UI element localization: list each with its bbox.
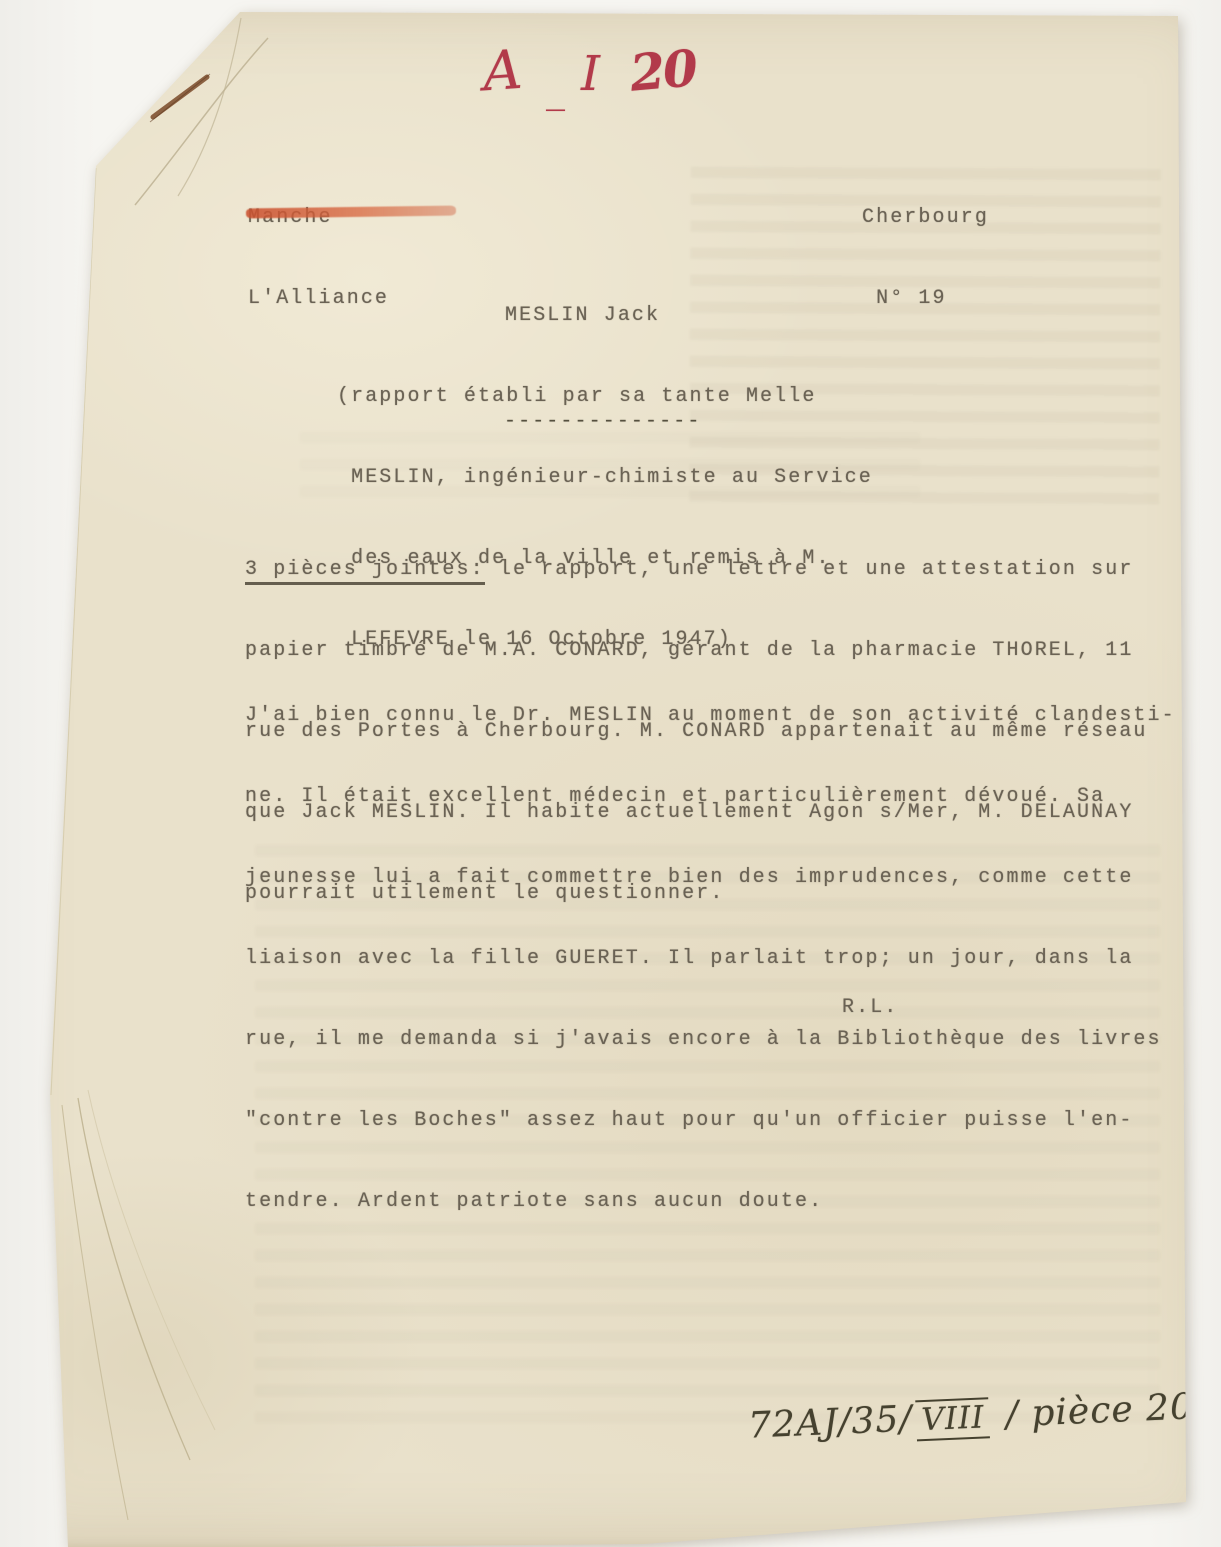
paper-shadow: A _ I 20 Vu Manche L'Alliance Cherbourg … (0, 0, 1221, 1547)
classification-letter: A (481, 43, 524, 100)
header-right-city: Cherbourg (862, 204, 989, 231)
header-right-number: N° 19 (862, 285, 989, 312)
title-line: (rapport établi par sa tante Melle (337, 383, 873, 410)
paragraph-line: "contre les Boches" assez haut pour qu'u… (245, 1107, 1176, 1134)
paragraph-line-rest: le rapport, une lettre et une attestatio… (485, 558, 1134, 581)
dashed-separator: -------------- (504, 408, 701, 435)
viewed-annotation: Vu (42, 170, 94, 218)
archive-reference-prefix: 72AJ/35/ (747, 1399, 913, 1447)
signature-initials: R.L. (842, 994, 898, 1021)
paper-sheet: A _ I 20 Vu Manche L'Alliance Cherbourg … (0, 0, 1221, 1547)
header-right: Cherbourg N° 19 (862, 150, 989, 366)
paragraph-line: tendre. Ardent patriote sans aucun doute… (245, 1188, 1176, 1215)
archive-reference-roman: VIII (916, 1397, 991, 1441)
paragraph-line: rue, il me demanda si j'avais encore à l… (245, 1026, 1176, 1053)
paragraph-line: 3 pièces jointes: le rapport, une lettre… (245, 556, 1148, 583)
classification-mark: A _ I 20 (483, 44, 696, 98)
title-line: MESLIN, ingénieur-chimiste au Service (337, 464, 873, 491)
paragraph-line: ne. Il était excellent médecin et partic… (245, 783, 1176, 810)
classification-number: 20 (628, 43, 698, 99)
paragraph-line: jeunesse lui a fait commettre bien des i… (245, 864, 1176, 891)
archive-reference-suffix: / pièce 20 (993, 1386, 1195, 1436)
paragraph-line: liaison avec la fille GUERET. Il parlait… (245, 945, 1176, 972)
red-crayon-underline (246, 206, 456, 219)
classification-dash: _ (546, 70, 565, 108)
underlined-lead: 3 pièces jointes: (245, 558, 485, 585)
classification-roman: I (581, 50, 600, 98)
paragraph-testimony: J'ai bien connu le Dr. MESLIN au moment … (245, 648, 1176, 1269)
rust-staple-mark (150, 74, 210, 122)
document-title: MESLIN Jack (337, 302, 873, 329)
archive-reference: 72AJ/35/VIII / pièce 20 (747, 1386, 1194, 1446)
paragraph-line: J'ai bien connu le Dr. MESLIN au moment … (245, 702, 1176, 729)
scanned-document: A _ I 20 Vu Manche L'Alliance Cherbourg … (0, 0, 1221, 1547)
